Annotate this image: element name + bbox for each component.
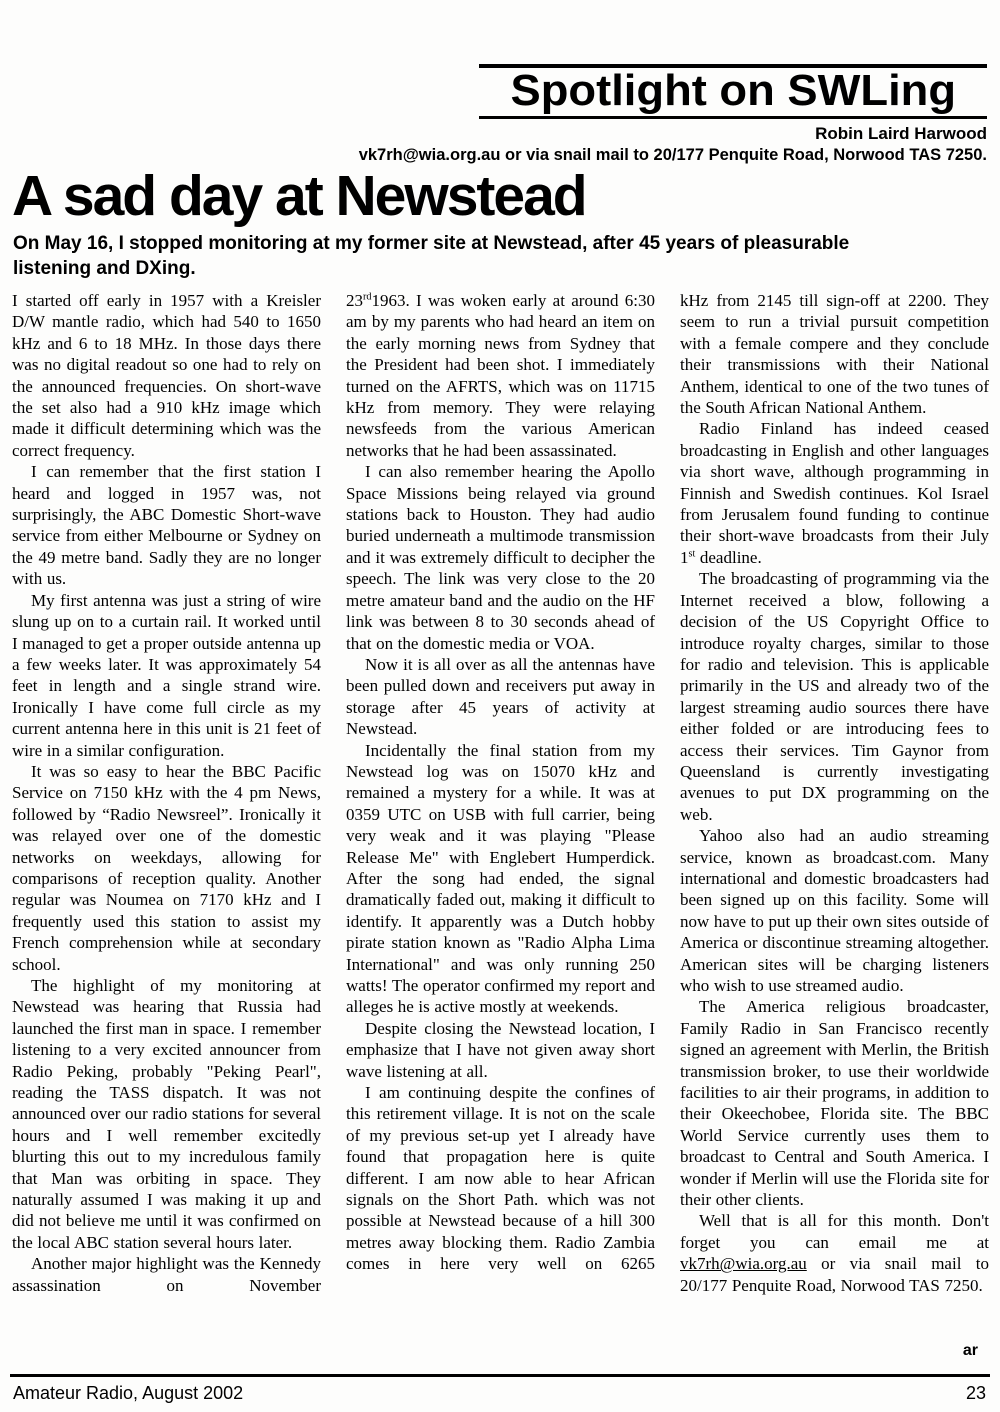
article-column-2: 23rd1963. I was woken early at around 6:… <box>346 290 655 1296</box>
article-column-3: kHz from 2145 till sign-off at 2200. The… <box>680 290 989 1296</box>
paragraph: My first antenna was just a string of wi… <box>12 590 321 761</box>
paragraph: I can also remember hearing the Apollo S… <box>346 461 655 654</box>
paragraph: The broadcasting of programming via the … <box>680 568 989 825</box>
masthead-author: Robin Laird Harwood <box>347 124 987 144</box>
paragraph: It was so easy to hear the BBC Pacific S… <box>12 761 321 975</box>
paragraph: Another major highlight was the Kennedy … <box>12 1253 321 1296</box>
article-end-mark: ar <box>963 1342 978 1360</box>
footer-page-number: 23 <box>966 1383 986 1404</box>
paragraph: I can remember that the first station I … <box>12 461 321 589</box>
paragraph: Incidentally the final station from my N… <box>346 740 655 1018</box>
paragraph: I started off early in 1957 with a Kreis… <box>12 290 321 461</box>
masthead-rule-box: Spotlight on SWLing <box>479 64 987 119</box>
masthead-contact: vk7rh@wia.org.au or via snail mail to 20… <box>347 146 987 165</box>
masthead-title: Spotlight on SWLing <box>510 69 956 113</box>
column-masthead: Spotlight on SWLing Robin Laird Harwood … <box>347 64 987 165</box>
paragraph: Yahoo also had an audio streaming servic… <box>680 825 989 996</box>
paragraph: The highlight of my monitoring at Newste… <box>12 975 321 1253</box>
paragraph: kHz from 2145 till sign-off at 2200. The… <box>680 290 989 418</box>
paragraph: I am continuing despite the confines of … <box>346 1082 655 1275</box>
paragraph: Well that is all for this month. Don't f… <box>680 1210 989 1296</box>
footer-rule <box>10 1374 990 1377</box>
magazine-page: Spotlight on SWLing Robin Laird Harwood … <box>0 0 1000 1412</box>
paragraph: Despite closing the Newstead location, I… <box>346 1018 655 1082</box>
paragraph: Now it is all over as all the antennas h… <box>346 654 655 740</box>
paragraph: The America religious broadcaster, Famil… <box>680 996 989 1210</box>
paragraph: 23rd1963. I was woken early at around 6:… <box>346 290 655 461</box>
paragraph: Radio Finland has indeed ceased broadcas… <box>680 418 989 568</box>
article-lede: On May 16, I stopped monitoring at my fo… <box>13 231 875 281</box>
article-title: A sad day at Newstead <box>12 168 586 225</box>
article-body: I started off early in 1957 with a Kreis… <box>12 290 990 1296</box>
footer-journal-title: Amateur Radio, August 2002 <box>13 1383 243 1404</box>
article-column-1: I started off early in 1957 with a Kreis… <box>12 290 321 1296</box>
